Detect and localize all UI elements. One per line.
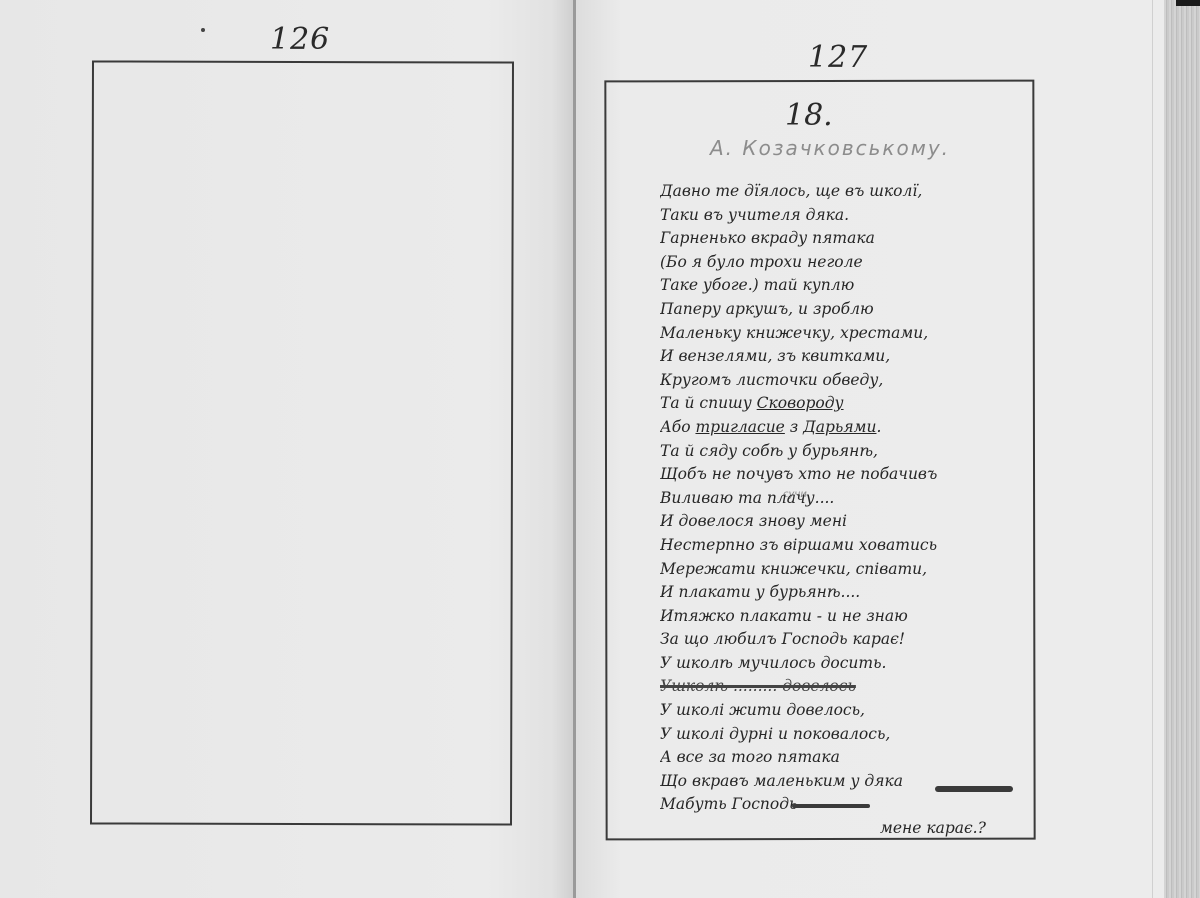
book-spread: 126 127 18. А. Козачковському. сучи Давн… <box>0 0 1200 898</box>
poem-line: Итяжко плакати - и не знаю <box>660 605 1038 629</box>
poem-line: Паперу аркушъ, и зроблю <box>660 298 1038 322</box>
poem-line: Нестерпно зъ віршами ховатись <box>660 534 1038 558</box>
poem-line: Та й спишу Сковороду <box>660 392 1038 416</box>
poem-line: Кругомъ листочки обведу, <box>660 369 1038 393</box>
poem-line: Виливаю та плачу.... <box>660 487 1038 511</box>
underlined-word: тригласие <box>695 418 784 436</box>
poem-line: Або тригласие з Дарьями. <box>660 416 1038 440</box>
underlined-word: Дарьями <box>803 418 876 436</box>
poem-dedication: А. Козачковському. <box>710 136 950 160</box>
poem-line: Щобъ не почувъ хто не побачивъ <box>660 463 1038 487</box>
poem-number: 18. <box>785 98 833 133</box>
poem-line: Давно те дїялось, ще въ школї, <box>660 180 1038 204</box>
crossed-out-word <box>935 786 1013 792</box>
poem-line: И довелося знову мені <box>660 510 1038 534</box>
underlined-word: Сковороду <box>757 394 844 412</box>
cover-corner <box>1176 0 1200 6</box>
poem-line: И вензелями, зъ квитками, <box>660 345 1038 369</box>
poem-line: (Бо я було трохи неголе <box>660 251 1038 275</box>
page-edge-line <box>1152 0 1153 898</box>
ending-flourish <box>792 804 870 808</box>
poem-line: У школі жити довелось, <box>660 699 1038 723</box>
poem-line: А все за того пятака <box>660 746 1038 770</box>
ink-spot <box>201 28 205 32</box>
poem-line: У школѣ мучилось досить. <box>660 652 1038 676</box>
poem-line: Таке убоге.) тай куплю <box>660 274 1038 298</box>
poem-line: Гарненько вкраду пятака <box>660 227 1038 251</box>
poem-line: Та й сяду собѣ у бурьянѣ, <box>660 440 1038 464</box>
poem-line: Мережати книжечки, співати, <box>660 558 1038 582</box>
poem-line: И плакати у бурьянѣ.... <box>660 581 1038 605</box>
left-page-frame <box>90 60 514 825</box>
book-gutter <box>573 0 576 898</box>
page-stack-edge <box>1164 0 1200 898</box>
struck-poem-line: Ушколѣ ......... довелось <box>660 675 1038 699</box>
poem-line-final: мене карає.? <box>660 817 1038 841</box>
poem-line: Маленьку книжечку, хрестами, <box>660 322 1038 346</box>
poem-line: За що любилъ Господь карає! <box>660 628 1038 652</box>
poem-line: Таки въ учителя дяка. <box>660 204 1038 228</box>
right-page-number: 127 <box>808 40 868 75</box>
poem-line: У школі дурні и поковалось, <box>660 723 1038 747</box>
gutter-shadow <box>552 0 574 898</box>
left-page-number: 126 <box>270 22 330 57</box>
poem-text: Давно те дїялось, ще въ школї, Таки въ у… <box>660 180 1038 841</box>
